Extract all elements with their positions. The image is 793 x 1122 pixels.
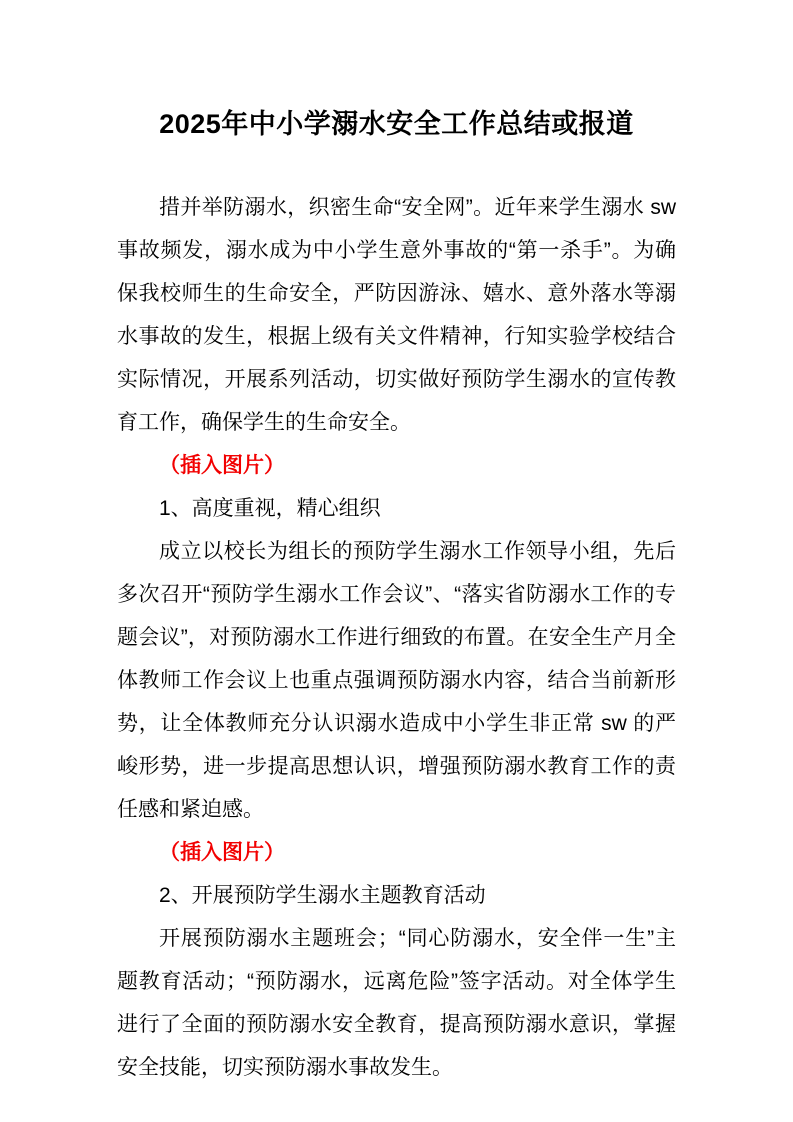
insert-image-placeholder-2: （插入图片） bbox=[117, 831, 676, 874]
body-paragraph-intro: 措并举防溺水，织密生命“安全网”。近年来学生溺水 sw 事故频发，溺水成为中小学… bbox=[117, 186, 676, 444]
section-heading-2: 2、开展预防学生溺水主题教育活动 bbox=[117, 874, 676, 917]
body-paragraph-section-2: 开展预防溺水主题班会；“同心防溺水，安全伴一生”主题教育活动；“预防溺水，远离危… bbox=[117, 917, 676, 1089]
insert-image-placeholder-1: （插入图片） bbox=[117, 444, 676, 487]
body-paragraph-section-1: 成立以校长为组长的预防学生溺水工作领导小组，先后多次召开“预防学生溺水工作会议”… bbox=[117, 530, 676, 831]
section-heading-1: 1、高度重视，精心组织 bbox=[117, 487, 676, 530]
document-page: 2025年中小学溺水安全工作总结或报道 措并举防溺水，织密生命“安全网”。近年来… bbox=[0, 0, 793, 1122]
document-title: 2025年中小学溺水安全工作总结或报道 bbox=[117, 104, 676, 144]
